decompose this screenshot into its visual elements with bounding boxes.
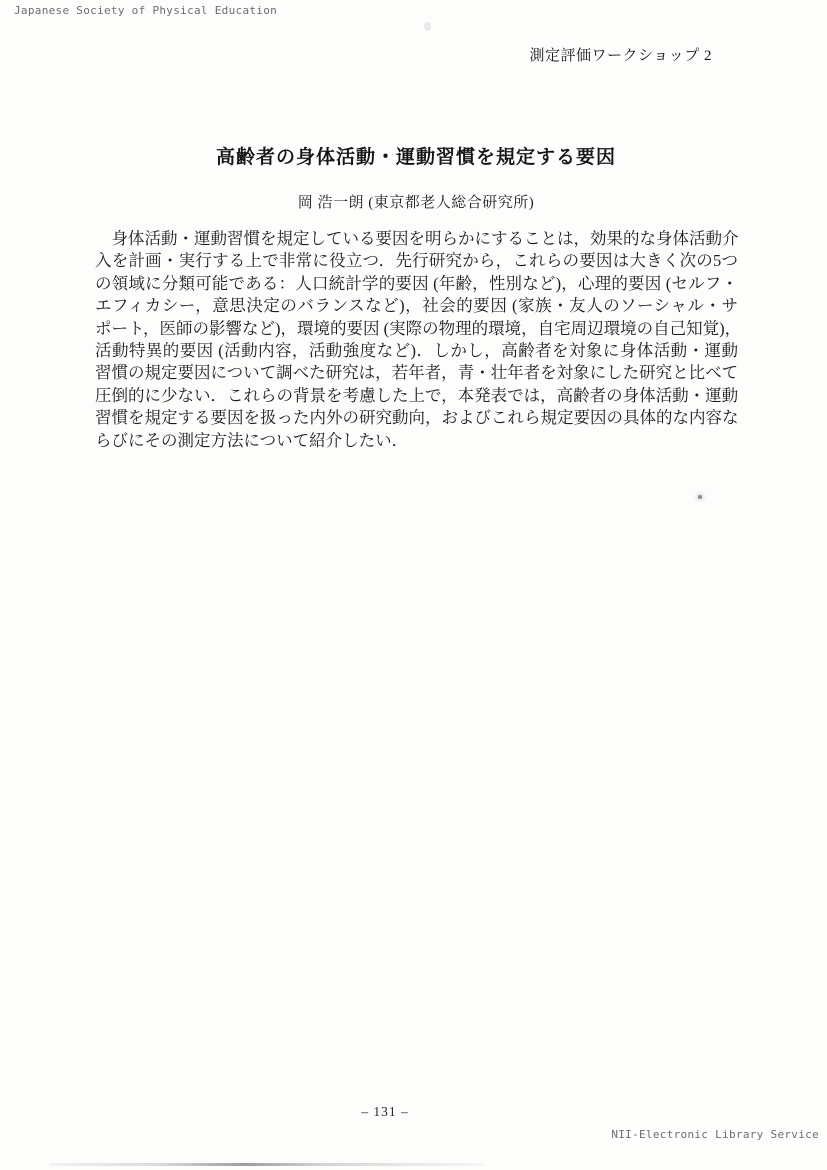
abstract-line: 身体活動・運動習慣を規定している要因を明らかにすることは，効果的な身体活動介 <box>95 228 738 250</box>
abstract-line: 習慣を規定する要因を扱った内外の研究動向，およびこれら規定要因の具体的な内容な <box>95 407 738 429</box>
abstract-line: 入を計画・実行する上で非常に役立つ．先行研究から，これらの要因は大きく次の5つ <box>95 250 738 272</box>
abstract-line: 活動特異的要因 (活動内容，活動強度など)．しかし，高齢者を対象に身体活動・運動 <box>95 340 738 362</box>
paper-title: 高齢者の身体活動・運動習慣を規定する要因 <box>0 142 827 169</box>
abstract-line: 圧倒的に少ない．これらの背景を考慮した上で，本発表では，高齢者の身体活動・運動 <box>95 385 738 407</box>
page-number: – 131 – <box>0 1104 770 1120</box>
abstract-line: ポート，医師の影響など)，環境的要因 (実際の物理的環境，自宅周辺環境の自己知覚… <box>95 318 738 340</box>
workshop-session-label: 測定評価ワークショップ 2 <box>530 44 712 65</box>
abstract-line: らびにその測定方法について紹介したい． <box>95 430 738 452</box>
abstract-line: の領域に分類可能である：人口統計学的要因 (年齢，性別など)，心理的要因 (セル… <box>95 273 738 295</box>
scan-speck <box>424 22 431 31</box>
scan-speck <box>698 495 702 499</box>
abstract-line: エフィカシー，意思決定のバランスなど)，社会的要因 (家族・友人のソーシャル・サ <box>95 295 738 317</box>
abstract-text: 身体活動・運動習慣を規定している要因を明らかにすることは，効果的な身体活動介 入… <box>95 228 738 452</box>
scanned-paper-page: Japanese Society of Physical Education 測… <box>0 0 827 1170</box>
library-service-footer: NII-Electronic Library Service <box>611 1128 819 1141</box>
abstract-line: 習慣の規定要因について調べた研究は，若年者，青・壮年者を対象にした研究と比べて <box>95 362 738 384</box>
paper-author-affiliation: 岡 浩一朗 (東京都老人総合研究所) <box>0 191 827 212</box>
scan-artifact <box>50 1163 485 1166</box>
publisher-header: Japanese Society of Physical Education <box>14 4 277 17</box>
